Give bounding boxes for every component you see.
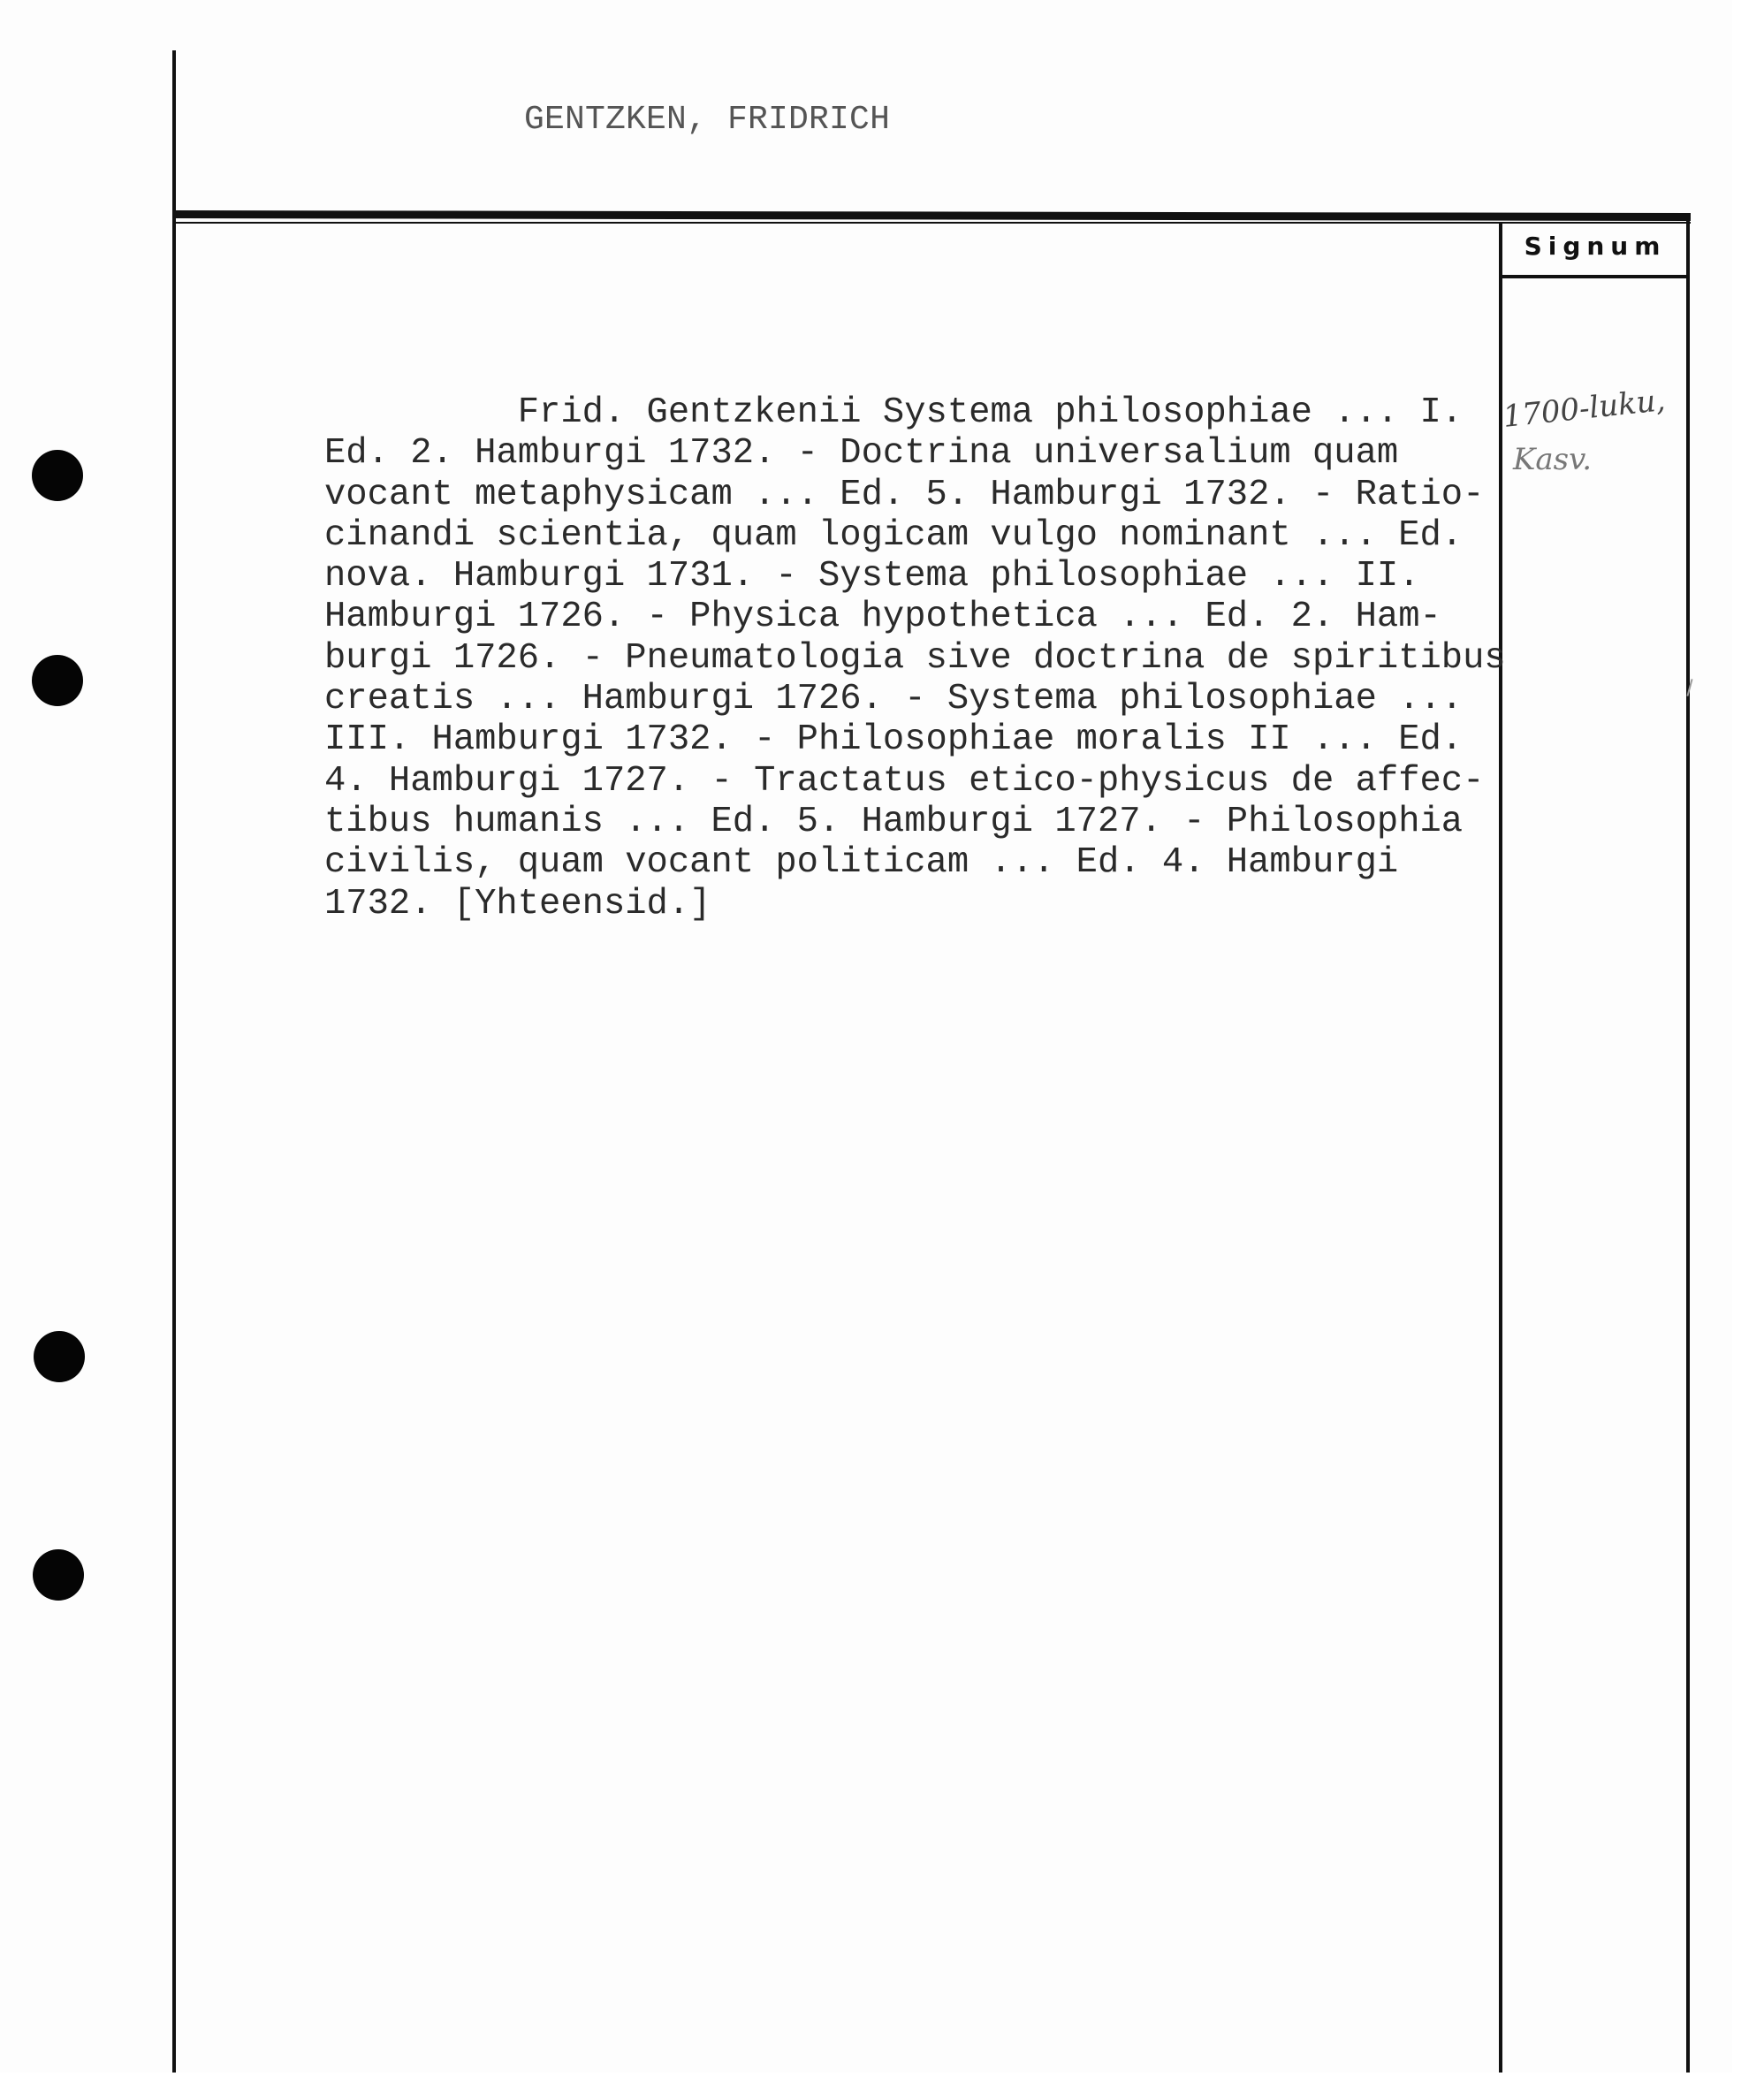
body-line: burgi 1726. - Pneumatologia sive doctrin… [324,638,1506,679]
punch-hole [32,655,83,706]
handwritten-note-line2: Kasv. [1513,442,1592,477]
left-margin-line [172,50,176,2073]
body-line: vocant metaphysicam ... Ed. 5. Hamburgi … [324,475,1506,515]
punch-hole [33,1549,84,1601]
signum-header-bottom-rule [1499,275,1690,278]
punch-hole [32,450,83,501]
signum-column-right-line [1686,217,1690,2073]
body-line: nova. Hamburgi 1731. - Systema philosoph… [324,556,1506,597]
header-thick-rule [174,210,1691,221]
body-line: creatis ... Hamburgi 1726. - Systema phi… [324,679,1506,719]
catalog-card: GENTZKEN, FRIDRICH Signum Frid. Gentzken… [0,0,1732,2073]
body-line: III. Hamburgi 1732. - Philosophiae moral… [324,719,1506,760]
scan-margin [1732,0,1764,2084]
body-line: cinandi scientia, quam logicam vulgo nom… [324,515,1506,556]
bibliographic-description: Frid. Gentzkenii Systema philosophiae ..… [324,392,1506,924]
header-thin-rule [174,222,1691,224]
punch-hole [34,1331,85,1382]
signum-label: Signum [1502,232,1688,261]
body-line: Frid. Gentzkenii Systema philosophiae ..… [324,392,1506,433]
handwritten-note-line1: 1700-luku, [1502,383,1667,435]
body-line: civilis, quam vocant politicam ... Ed. 4… [324,842,1506,883]
body-line: Hamburgi 1726. - Physica hypothetica ...… [324,597,1506,637]
body-line: tibus humanis ... Ed. 5. Hamburgi 1727. … [324,802,1506,842]
body-line: 1732. [Yhteensid.] [324,884,1506,924]
body-line: Ed. 2. Hamburgi 1732. - Doctrina univers… [324,433,1506,474]
author-heading: GENTZKEN, FRIDRICH [524,101,890,139]
body-line: 4. Hamburgi 1727. - Tractatus etico-phys… [324,761,1506,802]
